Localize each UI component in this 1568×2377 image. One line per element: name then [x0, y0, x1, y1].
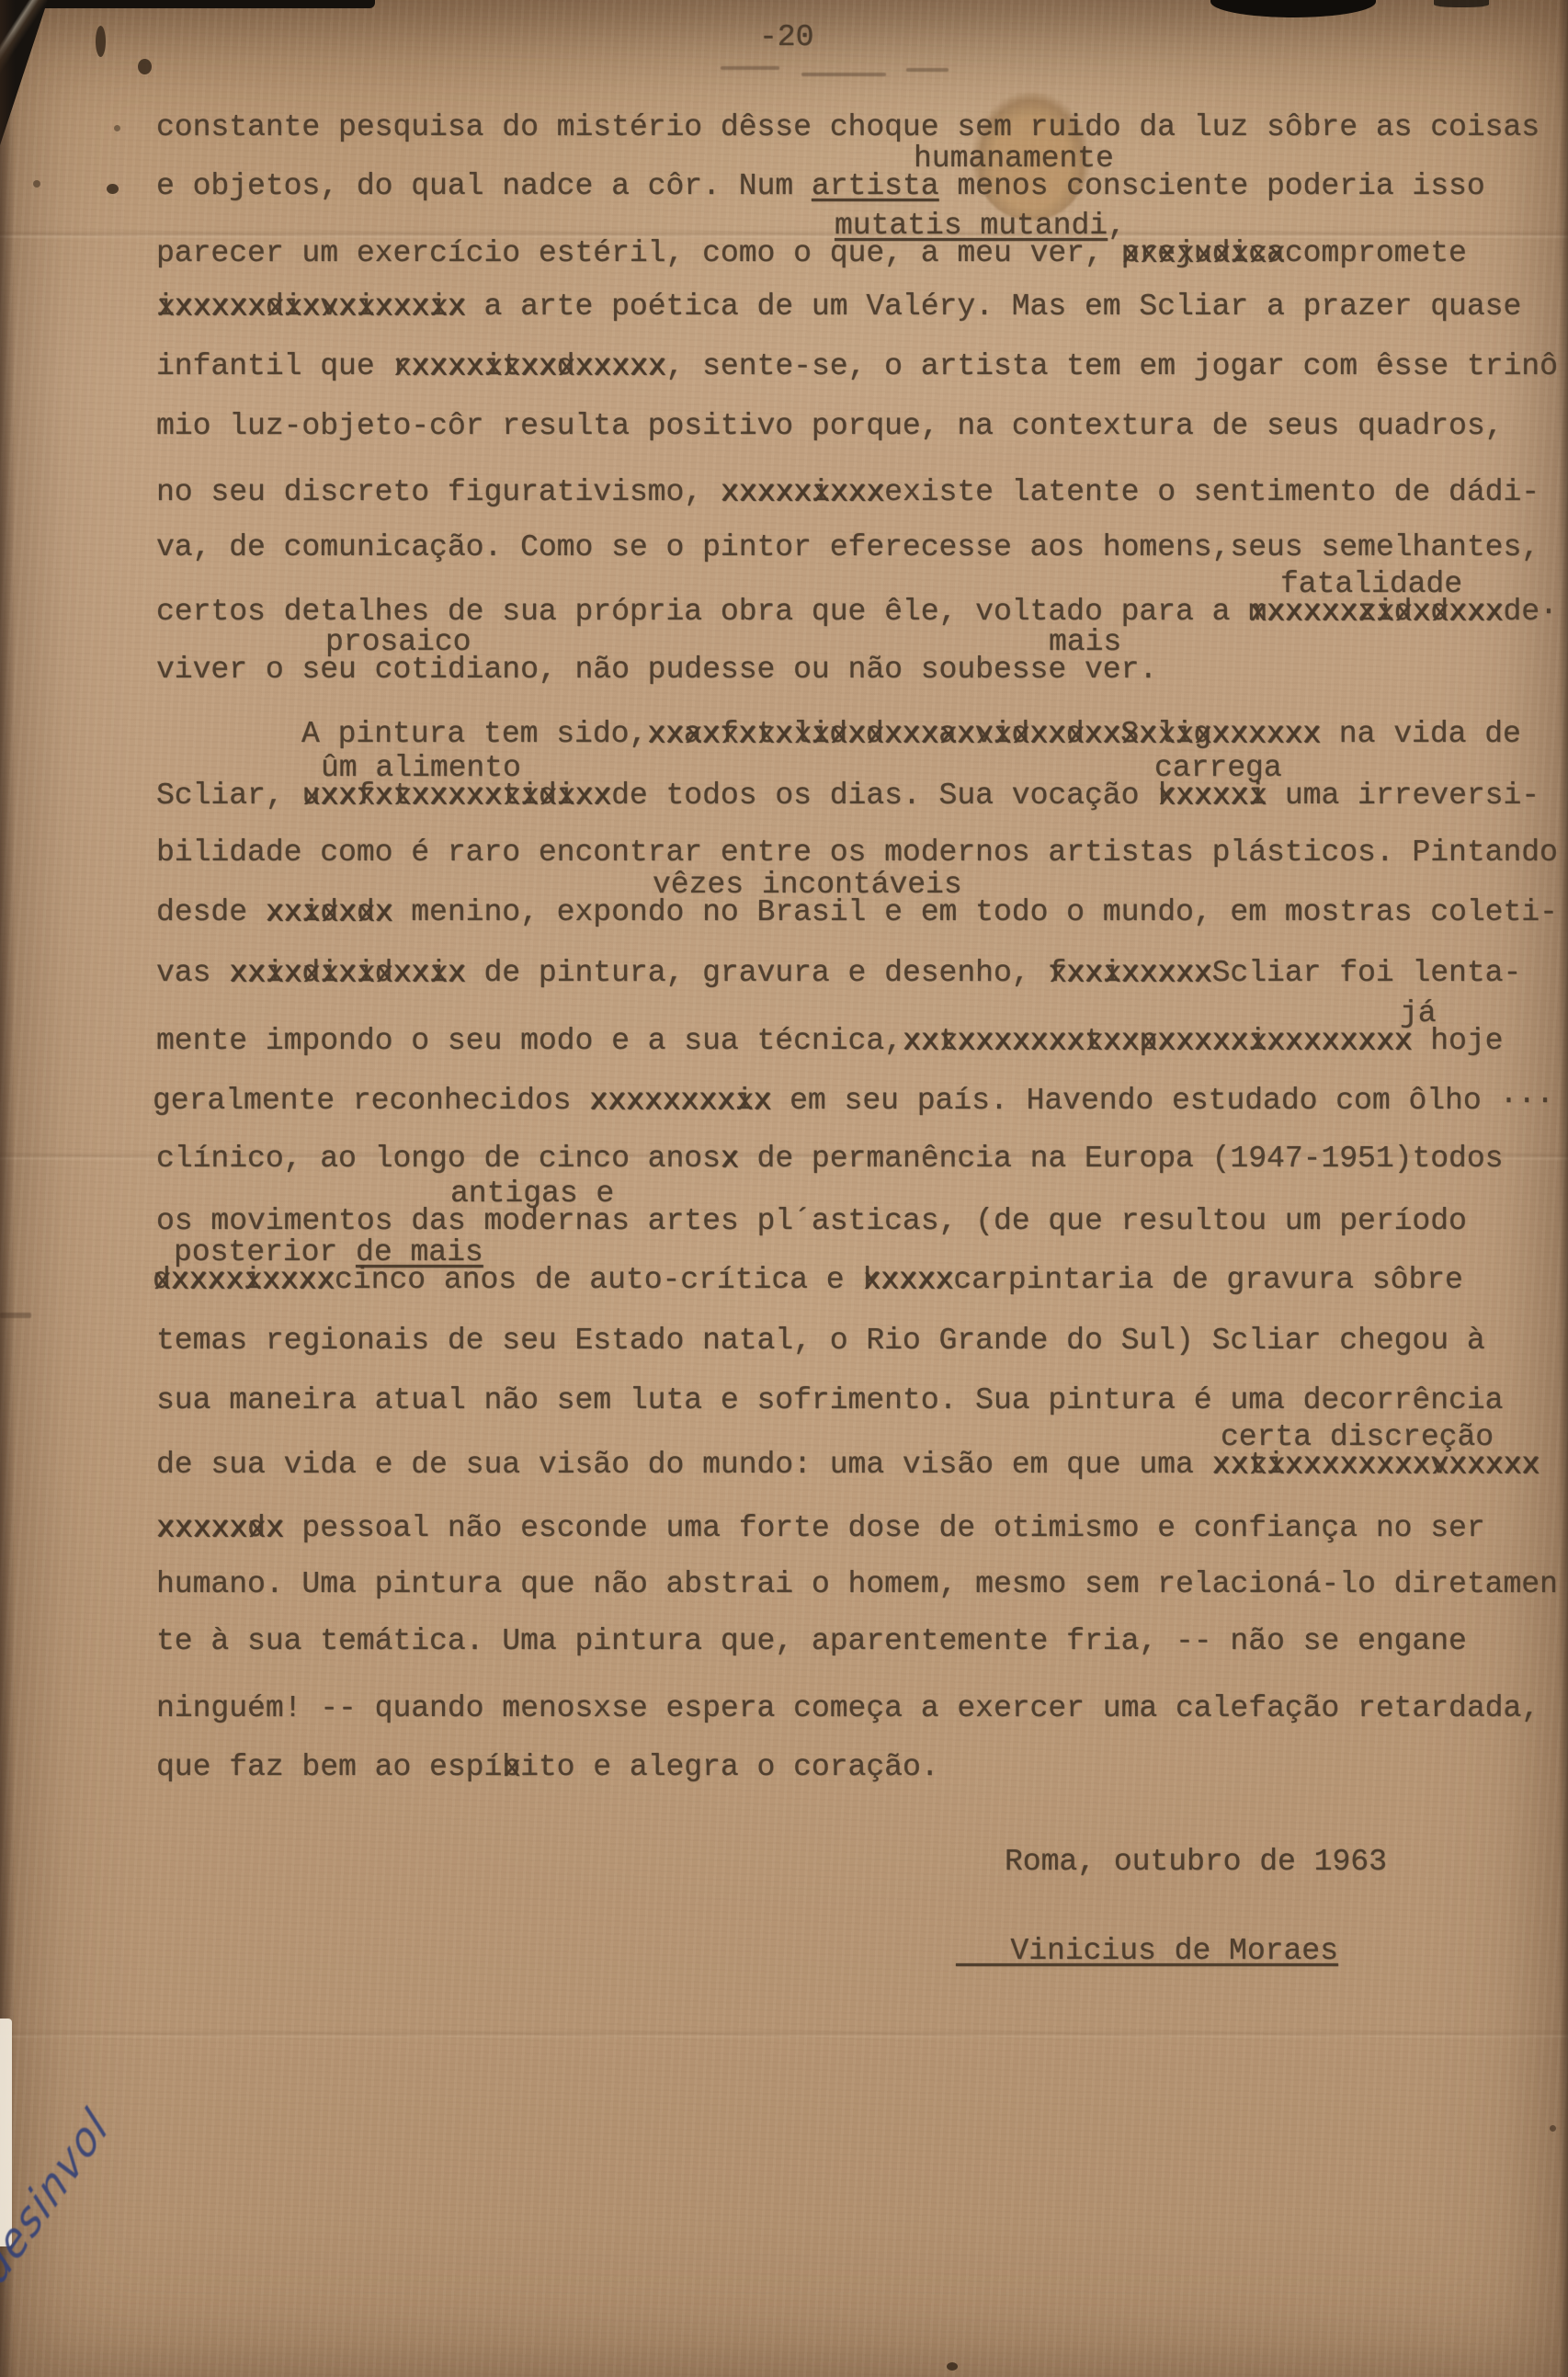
- text-segment: infantil que: [156, 349, 392, 383]
- typed-line: ixxxxxdixvxixxxixxxxxxxxxxxxxxxxxx a art…: [156, 289, 1521, 325]
- strikeover-x-layer: xxxxx: [863, 1263, 954, 1300]
- strikeover-segment: xxidxdxxxxxxxx: [266, 894, 393, 931]
- text-segment: clínico, ao longo de cinco anos: [156, 1142, 721, 1176]
- text-segment: no seu discreto figurativismo,: [156, 475, 721, 509]
- typed-line: desde xxidxdxxxxxxxx menino, expondo no …: [156, 894, 1558, 931]
- text-segment: , sente-se, o artista tem em jogar com ê…: [666, 349, 1558, 383]
- underlined-segment: Vinicius de Moraes: [956, 1934, 1338, 1968]
- text-segment: carpintaria de gravura sôbre: [953, 1263, 1463, 1297]
- typed-line: que faz bem ao espíbxito e alegra o cora…: [156, 1749, 939, 1786]
- text-segment: temas regionais de seu Estado natal, o R…: [156, 1324, 1485, 1358]
- strikeover-x-layer: xxxxxxxxxxxxxxxxxxxxxxxxxxxxxxxxxxxxx: [648, 717, 1322, 754]
- strikeover-segment: xxaxfxtxlidxdxxxaxvidxxdxxSxligxxxxxxxxx…: [647, 716, 1321, 753]
- underlined-segment: artista: [812, 169, 939, 203]
- typed-line: e objetos, do qual nadce a côr. Num arti…: [156, 168, 1485, 205]
- typed-line: te à sua temática. Uma pintura que, apar…: [156, 1623, 1467, 1660]
- text-segment: os movimentos das modernas artes pl´asti…: [156, 1204, 1467, 1238]
- typed-line: xxxxxdxxxxxxxx pessoal não esconde uma f…: [156, 1510, 1485, 1547]
- text-segment: ninguém! -- quando menosxse espera começ…: [156, 1691, 1540, 1725]
- text-segment: pessoal não esconde uma forte dose de ot…: [284, 1511, 1485, 1545]
- strikeover-segment: prejudicaxxxxxxxxx: [1121, 235, 1285, 272]
- typed-line: sua maneira atual não sem luta e sofrime…: [156, 1382, 1503, 1419]
- strikeover-segment: uxxfxtxxxxxtidixxxxxxxxxxxxxxxxxxx: [301, 778, 611, 814]
- text-segment: -20: [759, 20, 813, 54]
- typed-line: temas regionais de seu Estado natal, o R…: [156, 1323, 1485, 1359]
- typed-line: dxxxxixxxxxxxxxxxxxxcinco anos de auto-c…: [153, 1262, 1463, 1299]
- strikeover-segment: xxxxxdxxxxxxxx: [156, 1510, 284, 1547]
- text-segment: sua maneira atual não sem luta e sofrime…: [156, 1383, 1503, 1417]
- text-segment: e objetos, do qual nadce a côr. Num: [156, 169, 812, 203]
- text-segment: desde: [156, 895, 266, 929]
- strikeover-segment: xxtixxxxxxxxvxxxxxxxxxxxxxxxxxxxxxxx: [1212, 1447, 1540, 1484]
- strikeover-x-layer: xxxxxxxxxx: [590, 1084, 772, 1120]
- typed-line: bilidade como é raro encontrar entre os …: [156, 835, 1558, 871]
- typed-line: viver o seu cotidiano, não pudesse ou nã…: [156, 652, 1157, 688]
- strikeover-segment: xx: [721, 1141, 739, 1177]
- strikeover-x-layer: x: [722, 1142, 740, 1178]
- strikeover-x-layer: xxxxxxxxx: [1049, 956, 1212, 993]
- typed-text-block: -20constante pesquisa do mistério dêsse …: [0, 0, 1568, 2377]
- strikeover-segment: xxxxxxxxixxxxxxxxxxx: [589, 1083, 771, 1120]
- strikeover-x-layer: xxxxxxxxxxxxxxxxx: [157, 290, 467, 326]
- strikeover-segment: kxxxxixxxxxx: [1157, 778, 1267, 814]
- typed-line: Scliar, uxxfxtxxxxxtidixxxxxxxxxxxxxxxxx…: [156, 778, 1540, 814]
- text-segment: geralmente reconhecidos: [153, 1084, 589, 1118]
- typed-line: de sua vida e de sua visão do mundo: uma…: [156, 1447, 1540, 1484]
- text-segment: de·: [1503, 595, 1557, 629]
- text-segment: cinco anos de auto-crítica e: [335, 1263, 862, 1297]
- scanned-page: -20constante pesquisa do mistério dêsse …: [0, 0, 1568, 2377]
- strikeover-segment: mxxxxxzidxdxxxxxxxxxxxxxxxxx: [1248, 594, 1503, 631]
- typed-line: no seu discreto figurativismo, xxxxxixxx…: [156, 474, 1540, 511]
- typed-line: mio luz-objeto-côr resulta positivo porq…: [156, 408, 1503, 445]
- typed-line: geralmente reconhecidos xxxxxxxxixxxxxxx…: [153, 1083, 1554, 1120]
- text-segment: parecer um exercício estéril, como o que…: [156, 236, 1121, 270]
- text-segment: menino, expondo no Brasil e em todo o mu…: [392, 895, 1557, 929]
- strikeover-x-layer: xxxxxxxxx: [1122, 236, 1286, 273]
- text-segment: de sua vida e de sua visão do mundo: uma…: [156, 1448, 1212, 1482]
- text-segment: humano. Uma pintura que não abstrai o ho…: [156, 1567, 1558, 1601]
- text-segment: bilidade como é raro encontrar entre os …: [156, 836, 1558, 870]
- text-segment: Scliar foi lenta-: [1212, 956, 1522, 990]
- strikeover-segment: bx: [502, 1749, 520, 1786]
- signature: Vinicius de Moraes: [956, 1933, 1338, 1970]
- text-segment: que faz bem ao espí: [156, 1750, 502, 1784]
- text-segment: existe latente o sentimento de dádi-: [884, 475, 1540, 509]
- text-segment: Scliar,: [156, 779, 301, 813]
- text-segment: mente impondo o seu modo e a sua técnica…: [156, 1024, 903, 1058]
- text-segment: compromete: [1285, 236, 1467, 270]
- typed-line: A pintura tem sido,xxaxfxtxlidxdxxxaxvid…: [301, 716, 1521, 753]
- strikeover-segment: xxixdixidxxixxxxxxxxxxxxxx: [229, 955, 465, 992]
- text-segment: hoje: [1412, 1024, 1503, 1058]
- strikeover-x-layer: xxxxxxxxxxxxxxxxx: [302, 779, 612, 815]
- typed-line: clínico, ao longo de cinco anosxx de per…: [156, 1141, 1503, 1177]
- text-segment: de pintura, gravura e desenho,: [466, 956, 1049, 990]
- text-segment: te à sua temática. Uma pintura que, apar…: [156, 1624, 1467, 1658]
- strikeover-segment: rxxxxitxxdxxxxxxxxxxxxxxxxxxxx: [392, 348, 665, 385]
- text-segment: ito e alegra o coração.: [520, 1750, 938, 1784]
- dateline: Roma, outubro de 1963: [1005, 1844, 1387, 1881]
- strikeover-x-layer: x: [503, 1750, 521, 1787]
- strikeover-segment: ixxxxxdixvxixxxixxxxxxxxxxxxxxxxxx: [156, 289, 466, 325]
- text-segment: A pintura tem sido,: [301, 717, 647, 751]
- strikeover-x-layer: xxxxxxxxxx: [153, 1263, 335, 1300]
- typed-line: parecer um exercício estéril, como o que…: [156, 235, 1467, 272]
- strikeover-x-layer: xxxxxxxxxxxxxx: [1249, 595, 1504, 631]
- text-segment: uma irreversi-: [1267, 779, 1540, 813]
- strikeover-segment: xxtxxxxxxxtxxpxxxxxixxxxxxxxxxxxxxxxxxxx…: [903, 1023, 1413, 1060]
- text-segment: mio luz-objeto-côr resulta positivo porq…: [156, 409, 1503, 443]
- text-segment: menos consciente poderia isso: [939, 169, 1485, 203]
- strikeover-x-layer: xxxxxxxxxxxxxxxxxx: [1213, 1448, 1540, 1484]
- text-segment: vas: [156, 956, 229, 990]
- strikeover-segment: xxxxxixxxxxxxxxxxx: [721, 474, 884, 511]
- strikeover-x-layer: xxxxxxx: [157, 1511, 285, 1548]
- typed-line: vas xxixdixidxxixxxxxxxxxxxxxx de pintur…: [156, 955, 1521, 992]
- strikeover-segment: kxxxxxxxxx: [862, 1262, 953, 1299]
- text-segment: constante pesquisa do mistério dêsse cho…: [156, 110, 1540, 144]
- strikeover-x-layer: xxxxxx: [1158, 779, 1267, 815]
- strikeover-x-layer: xxxxxxxxx: [722, 475, 885, 512]
- text-segment: de permanência na Europa (1947-1951)todo…: [739, 1142, 1504, 1176]
- text-segment: de todos os dias. Sua vocação: [611, 779, 1157, 813]
- typed-line: constante pesquisa do mistério dêsse cho…: [156, 109, 1540, 146]
- strikeover-x-layer: xxxxxxxxxxxxx: [230, 956, 466, 993]
- text-segment: a arte poética de um Valéry. Mas em Scli…: [466, 290, 1522, 324]
- strikeover-x-layer: xxxxxxxxxxxxxxxxxxxxxxxxxxxx: [903, 1024, 1414, 1061]
- strikeover-segment: fxxixxxxxxxxxxxxxx: [1048, 955, 1211, 992]
- strikeover-segment: dxxxxixxxxxxxxxxxxxx: [153, 1262, 335, 1299]
- typed-line: infantil que rxxxxitxxdxxxxxxxxxxxxxxxxx…: [156, 348, 1558, 385]
- text-segment: va, de comunicação. Como se o pintor efe…: [156, 530, 1540, 564]
- text-segment: em seu país. Havendo estudado com ôlho ·…: [771, 1084, 1554, 1118]
- typed-line: ninguém! -- quando menosxse espera começ…: [156, 1690, 1540, 1727]
- text-segment: na vida de: [1321, 717, 1521, 751]
- strikeover-x-layer: xxxxxxx: [267, 895, 394, 932]
- typed-line: mente impondo o seu modo e a sua técnica…: [156, 1023, 1503, 1060]
- typed-line: humano. Uma pintura que não abstrai o ho…: [156, 1566, 1558, 1603]
- typed-line: va, de comunicação. Como se o pintor efe…: [156, 529, 1540, 566]
- strikeover-x-layer: xxxxxxxxxxxxxxx: [393, 349, 666, 386]
- text-segment: viver o seu cotidiano, não pudesse ou nã…: [156, 653, 1157, 687]
- page-number: -20: [759, 19, 813, 56]
- text-segment: Roma, outubro de 1963: [1005, 1845, 1387, 1879]
